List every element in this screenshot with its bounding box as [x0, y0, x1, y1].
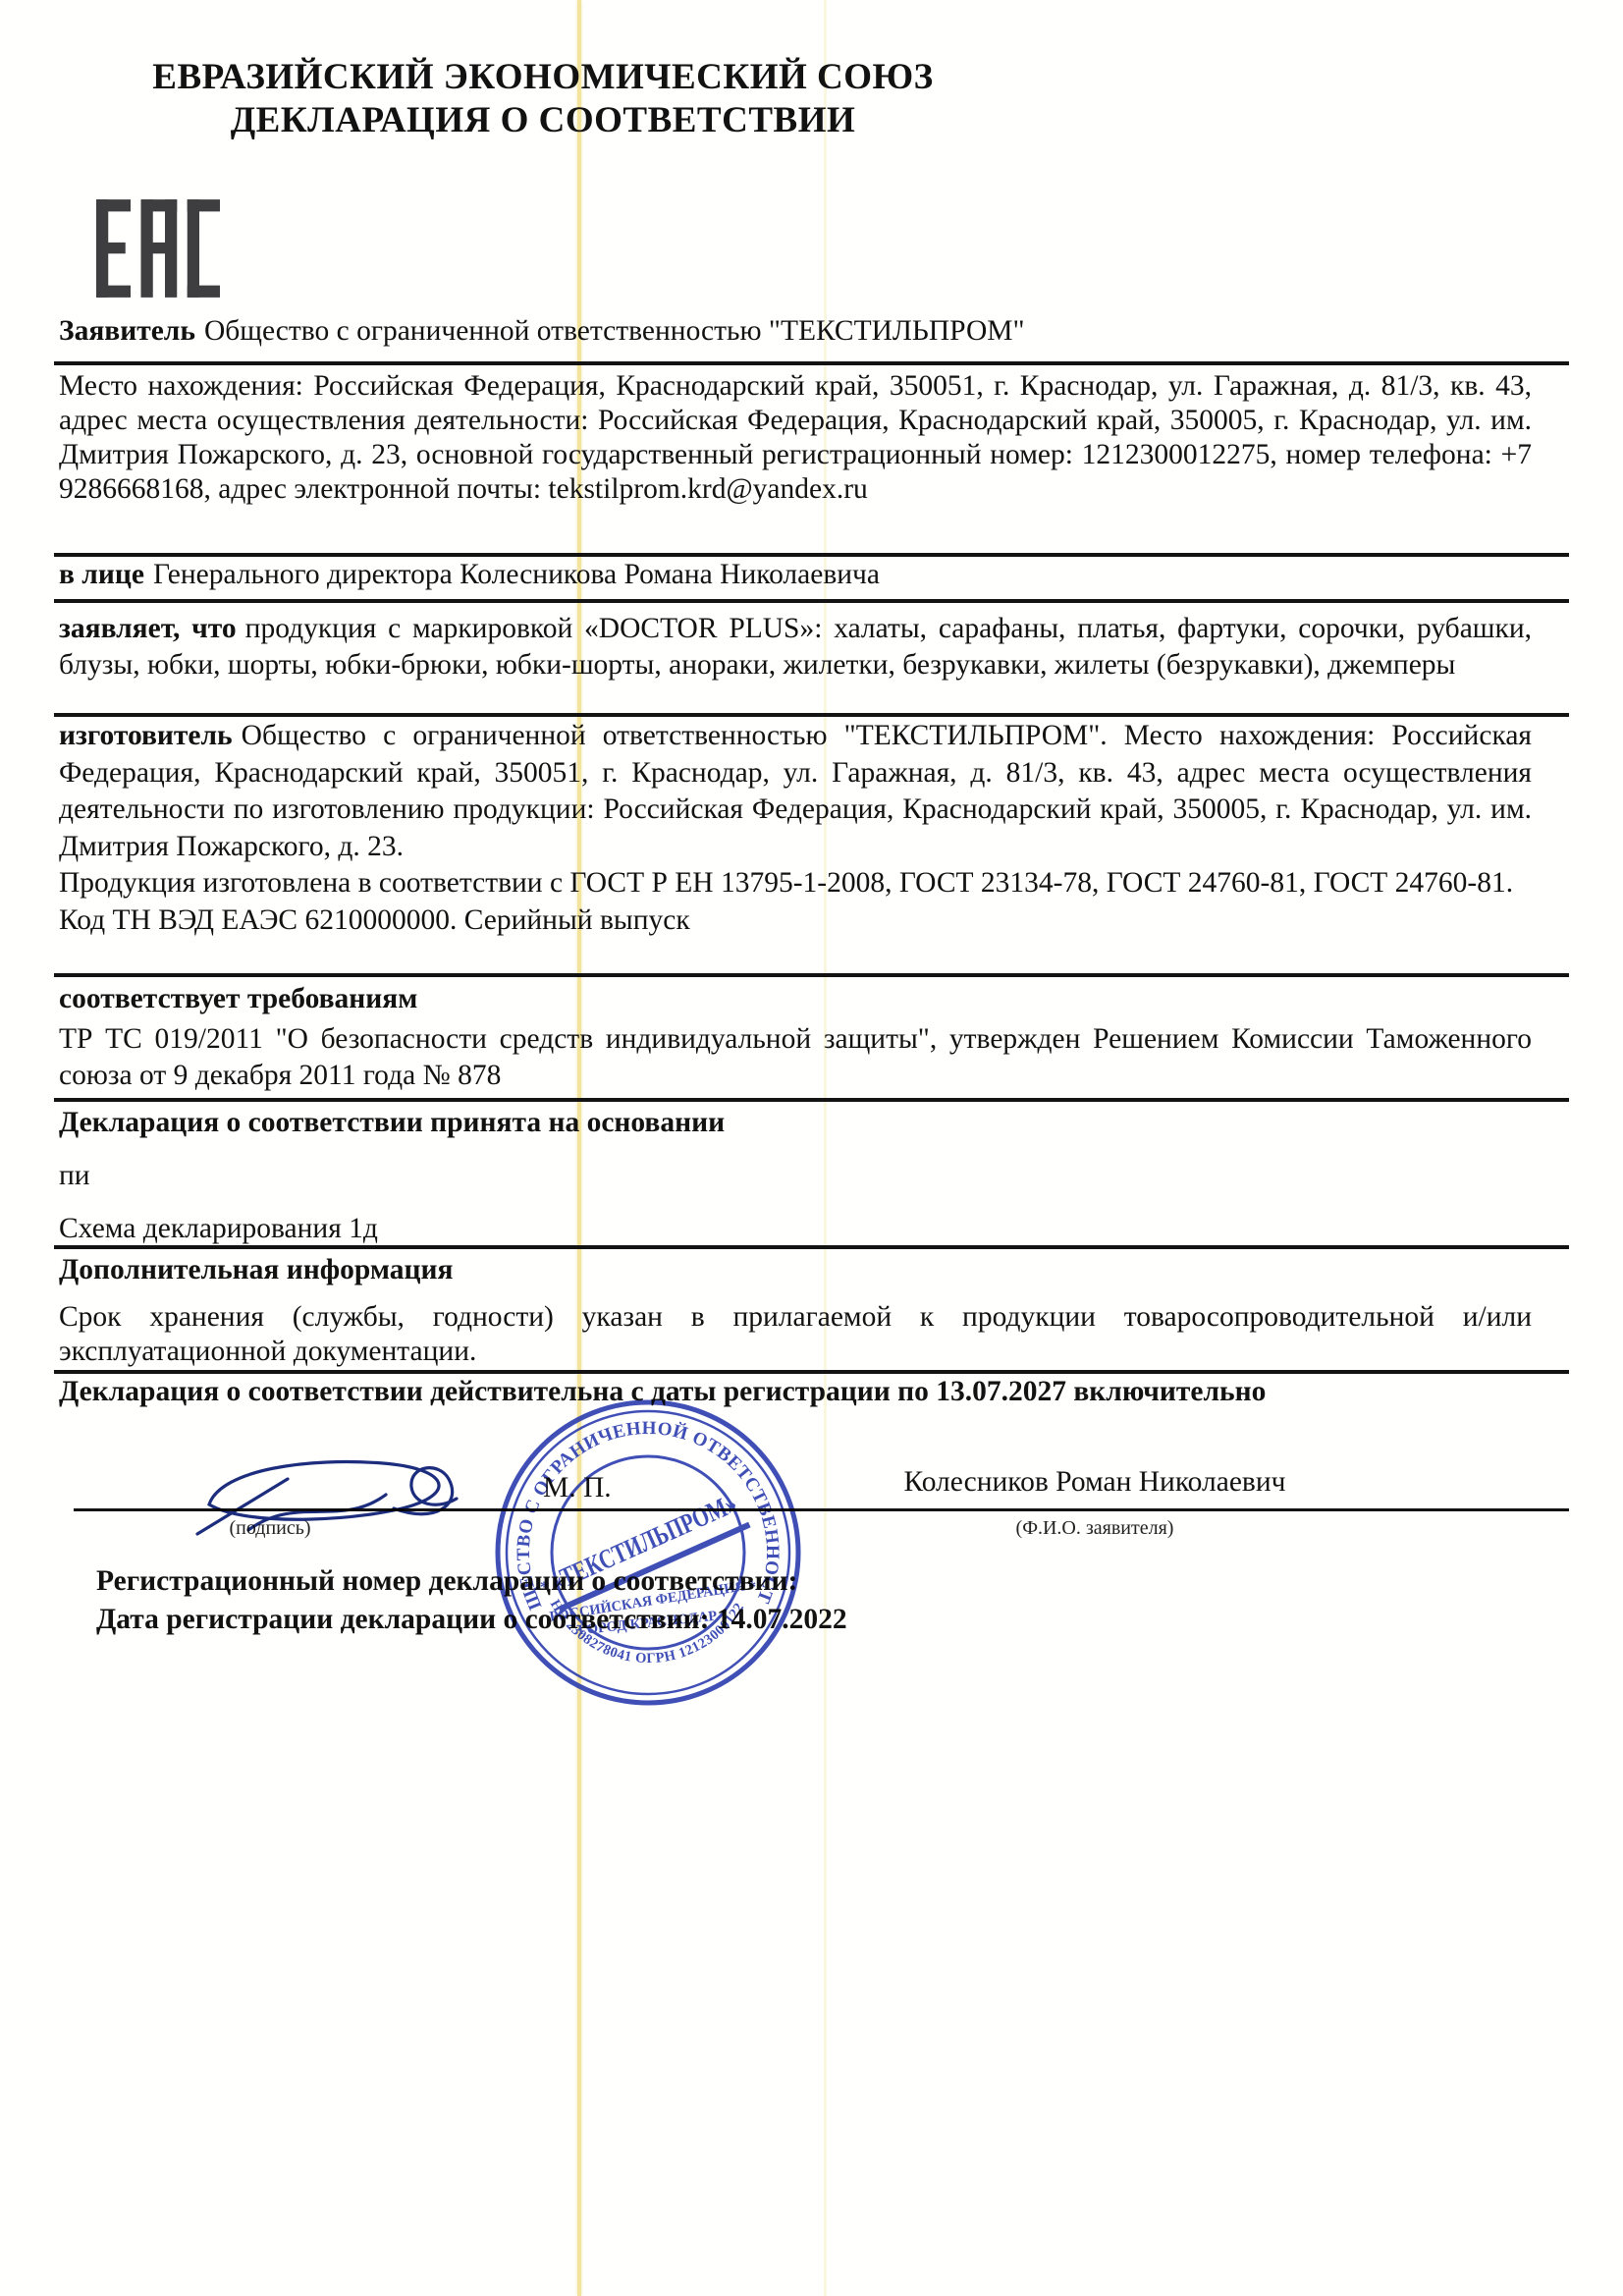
in-person-label: в лице [59, 559, 144, 590]
signer-name: Колесников Роман Николаевич [835, 1466, 1355, 1499]
company-stamp: ОБЩЕСТВО С ОГРАНИЧЕННОЙ ОТВЕТСТВЕННОСТЬЮ… [491, 1395, 805, 1710]
divider [54, 973, 1569, 977]
document-title-line2: ДЕКЛАРАЦИЯ О СООТВЕТСТВИИ [0, 100, 1086, 141]
divider [54, 1245, 1569, 1249]
tnved-paragraph: Код ТН ВЭД ЕАЭС 6210000000. Серийный вып… [59, 902, 1532, 940]
gost-paragraph: Продукция изготовлена в соответствии с Г… [59, 865, 1532, 902]
manufacturer-value: Общество с ограниченной ответственностью… [59, 720, 1532, 862]
divider [54, 553, 1569, 557]
scheme-row: Схема декларирования 1д [59, 1212, 1532, 1246]
applicant-row: ЗаявительОбщество с ограниченной ответст… [59, 314, 1532, 349]
stamp-star-left: * [540, 1579, 548, 1596]
complies-paragraph: ТР ТС 019/2011 "О безопасности средств и… [59, 1021, 1532, 1094]
handwritten-signature [191, 1453, 496, 1540]
manufacturer-label: изготовитель [59, 720, 233, 751]
location-paragraph: Место нахождения: Российская Федерация, … [59, 369, 1532, 507]
additional-info-label: Дополнительная информация [59, 1253, 1532, 1287]
document-title-line1: ЕВРАЗИЙСКИЙ ЭКОНОМИЧЕСКИЙ СОЮЗ [0, 57, 1086, 98]
eac-mark-icon [96, 192, 220, 304]
declares-value: продукция с маркировкой «DOCTOR PLUS»: х… [59, 613, 1532, 681]
divider [54, 1098, 1569, 1102]
stamp-star-right: * [748, 1579, 756, 1596]
divider [54, 361, 1569, 365]
basis-value: пи [59, 1159, 1532, 1193]
registration-number-row: Регистрационный номер декларации о соотв… [96, 1565, 1520, 1598]
registration-date-row: Дата регистрации декларации о соответств… [96, 1604, 1520, 1636]
divider [54, 713, 1569, 717]
in-person-row: в лицеГенерального директора Колесникова… [59, 558, 1532, 592]
document-content: ЕВРАЗИЙСКИЙ ЭКОНОМИЧЕСКИЙ СОЮЗ ДЕКЛАРАЦИ… [0, 0, 1623, 2296]
divider [54, 1370, 1569, 1374]
declares-label: заявляет, что [59, 613, 237, 644]
applicant-label: Заявитель [59, 315, 195, 347]
applicant-value: Общество с ограниченной ответственностью… [204, 315, 1025, 347]
declaration-document: ЕВРАЗИЙСКИЙ ЭКОНОМИЧЕСКИЙ СОЮЗ ДЕКЛАРАЦИ… [0, 0, 1623, 2296]
complies-label: соответствует требованиям [59, 982, 1532, 1016]
manufacturer-block: изготовительОбщество с ограниченной отве… [59, 718, 1532, 939]
basis-label: Декларация о соответствии принята на осн… [59, 1106, 1532, 1140]
in-person-value: Генерального директора Колесникова Роман… [153, 559, 880, 590]
signer-name-caption: (Ф.И.О. заявителя) [923, 1517, 1267, 1540]
divider [54, 599, 1569, 603]
additional-info-paragraph: Срок хранения (службы, годности) указан … [59, 1300, 1532, 1369]
manufacturer-paragraph: изготовительОбщество с ограниченной отве… [59, 718, 1532, 865]
declares-paragraph: заявляет, чтопродукция с маркировкой «DO… [59, 611, 1532, 683]
